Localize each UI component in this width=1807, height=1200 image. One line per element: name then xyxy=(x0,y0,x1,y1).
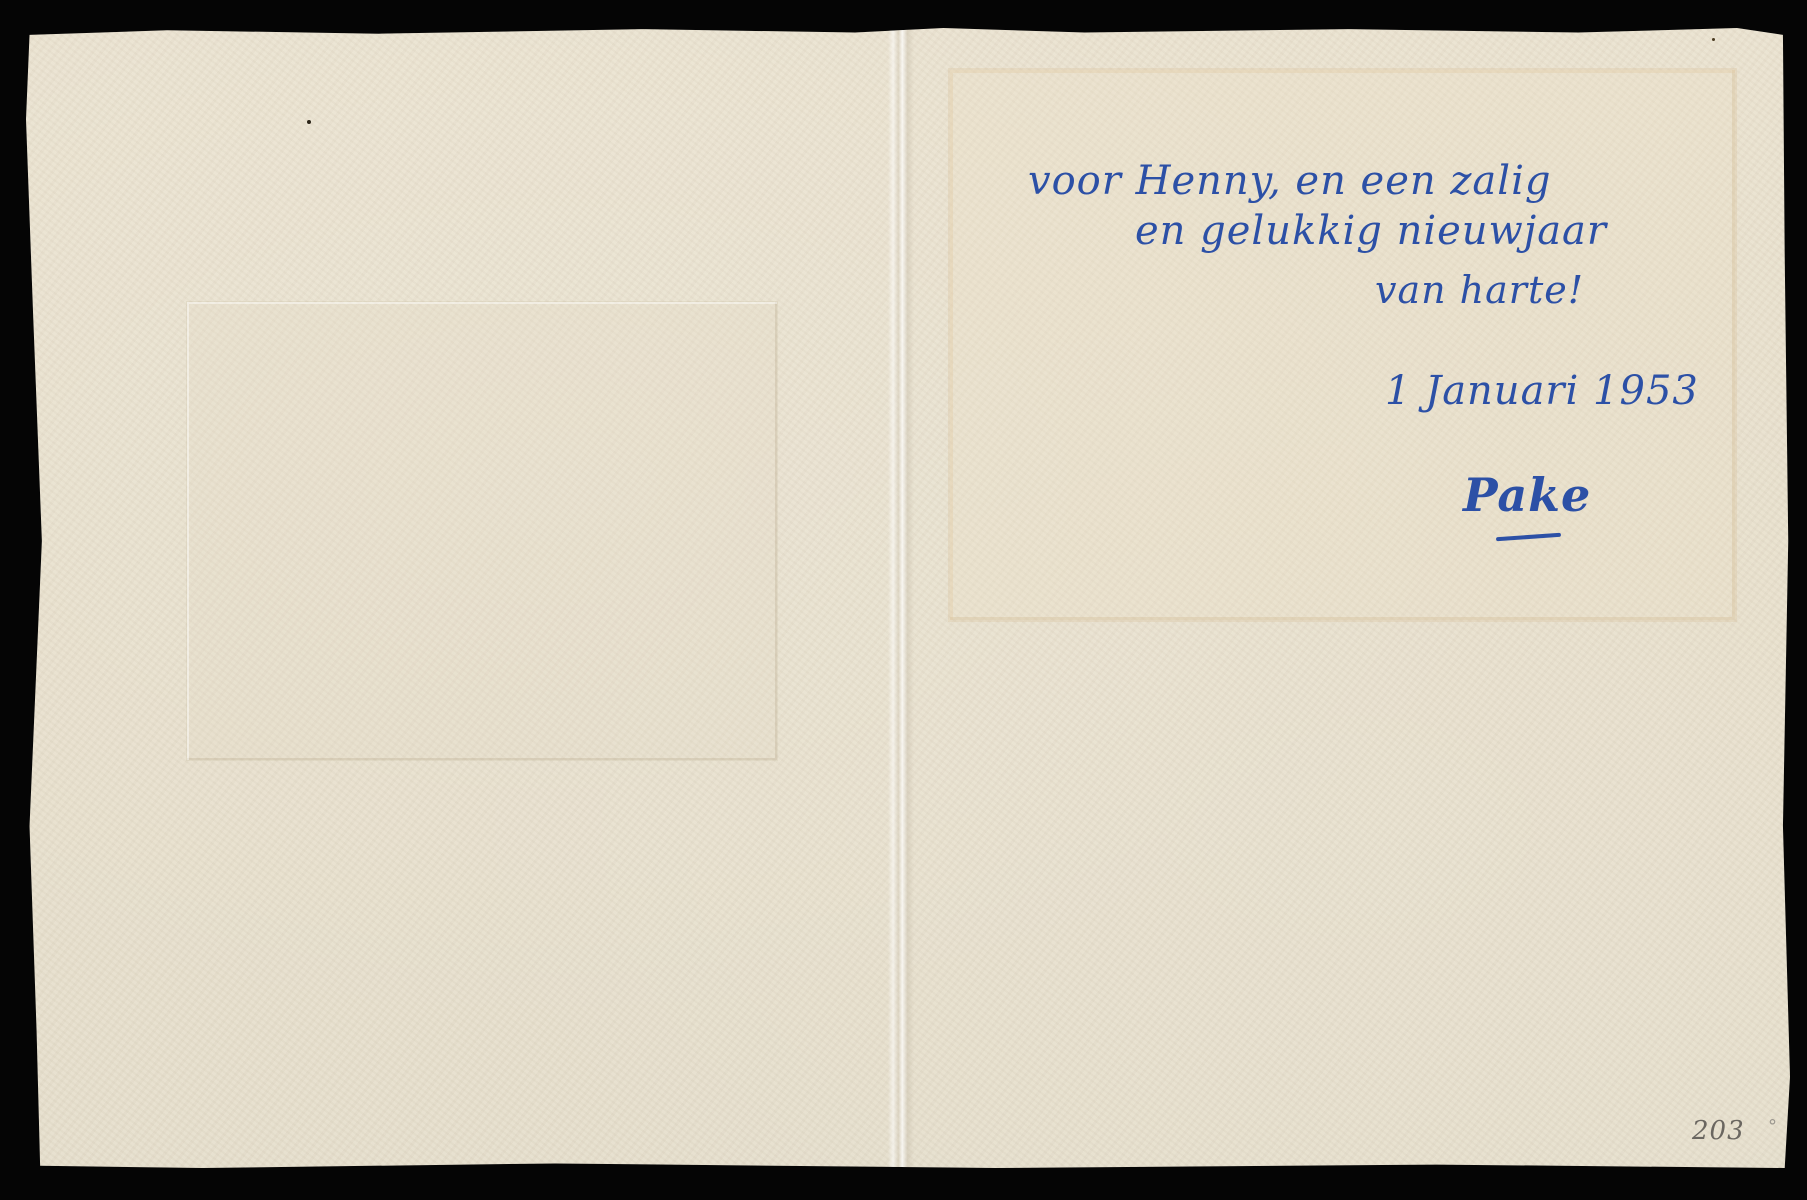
inscription-date: 1 Januari 1953 xyxy=(1385,368,1699,414)
scan-background: voor Henny, en een zalig en gelukkig nie… xyxy=(0,0,1807,1200)
left-embossed-plate-mark xyxy=(187,302,777,760)
right-embossed-plate-mark xyxy=(950,70,1735,620)
pencil-inventory-number: 203 xyxy=(1692,1116,1745,1146)
inscription-line-2: en gelukkig nieuwjaar xyxy=(1135,208,1607,254)
signature: Pake xyxy=(1463,468,1591,522)
center-fold xyxy=(888,28,914,1168)
inscription-line-3: van harte! xyxy=(1375,268,1584,312)
paper-speck xyxy=(307,120,311,124)
paper-speck xyxy=(1712,38,1715,41)
inscription-line-1: voor Henny, en een zalig xyxy=(1028,158,1551,204)
pencil-mark: ° xyxy=(1768,1116,1777,1137)
greeting-card: voor Henny, en een zalig en gelukkig nie… xyxy=(26,28,1790,1168)
